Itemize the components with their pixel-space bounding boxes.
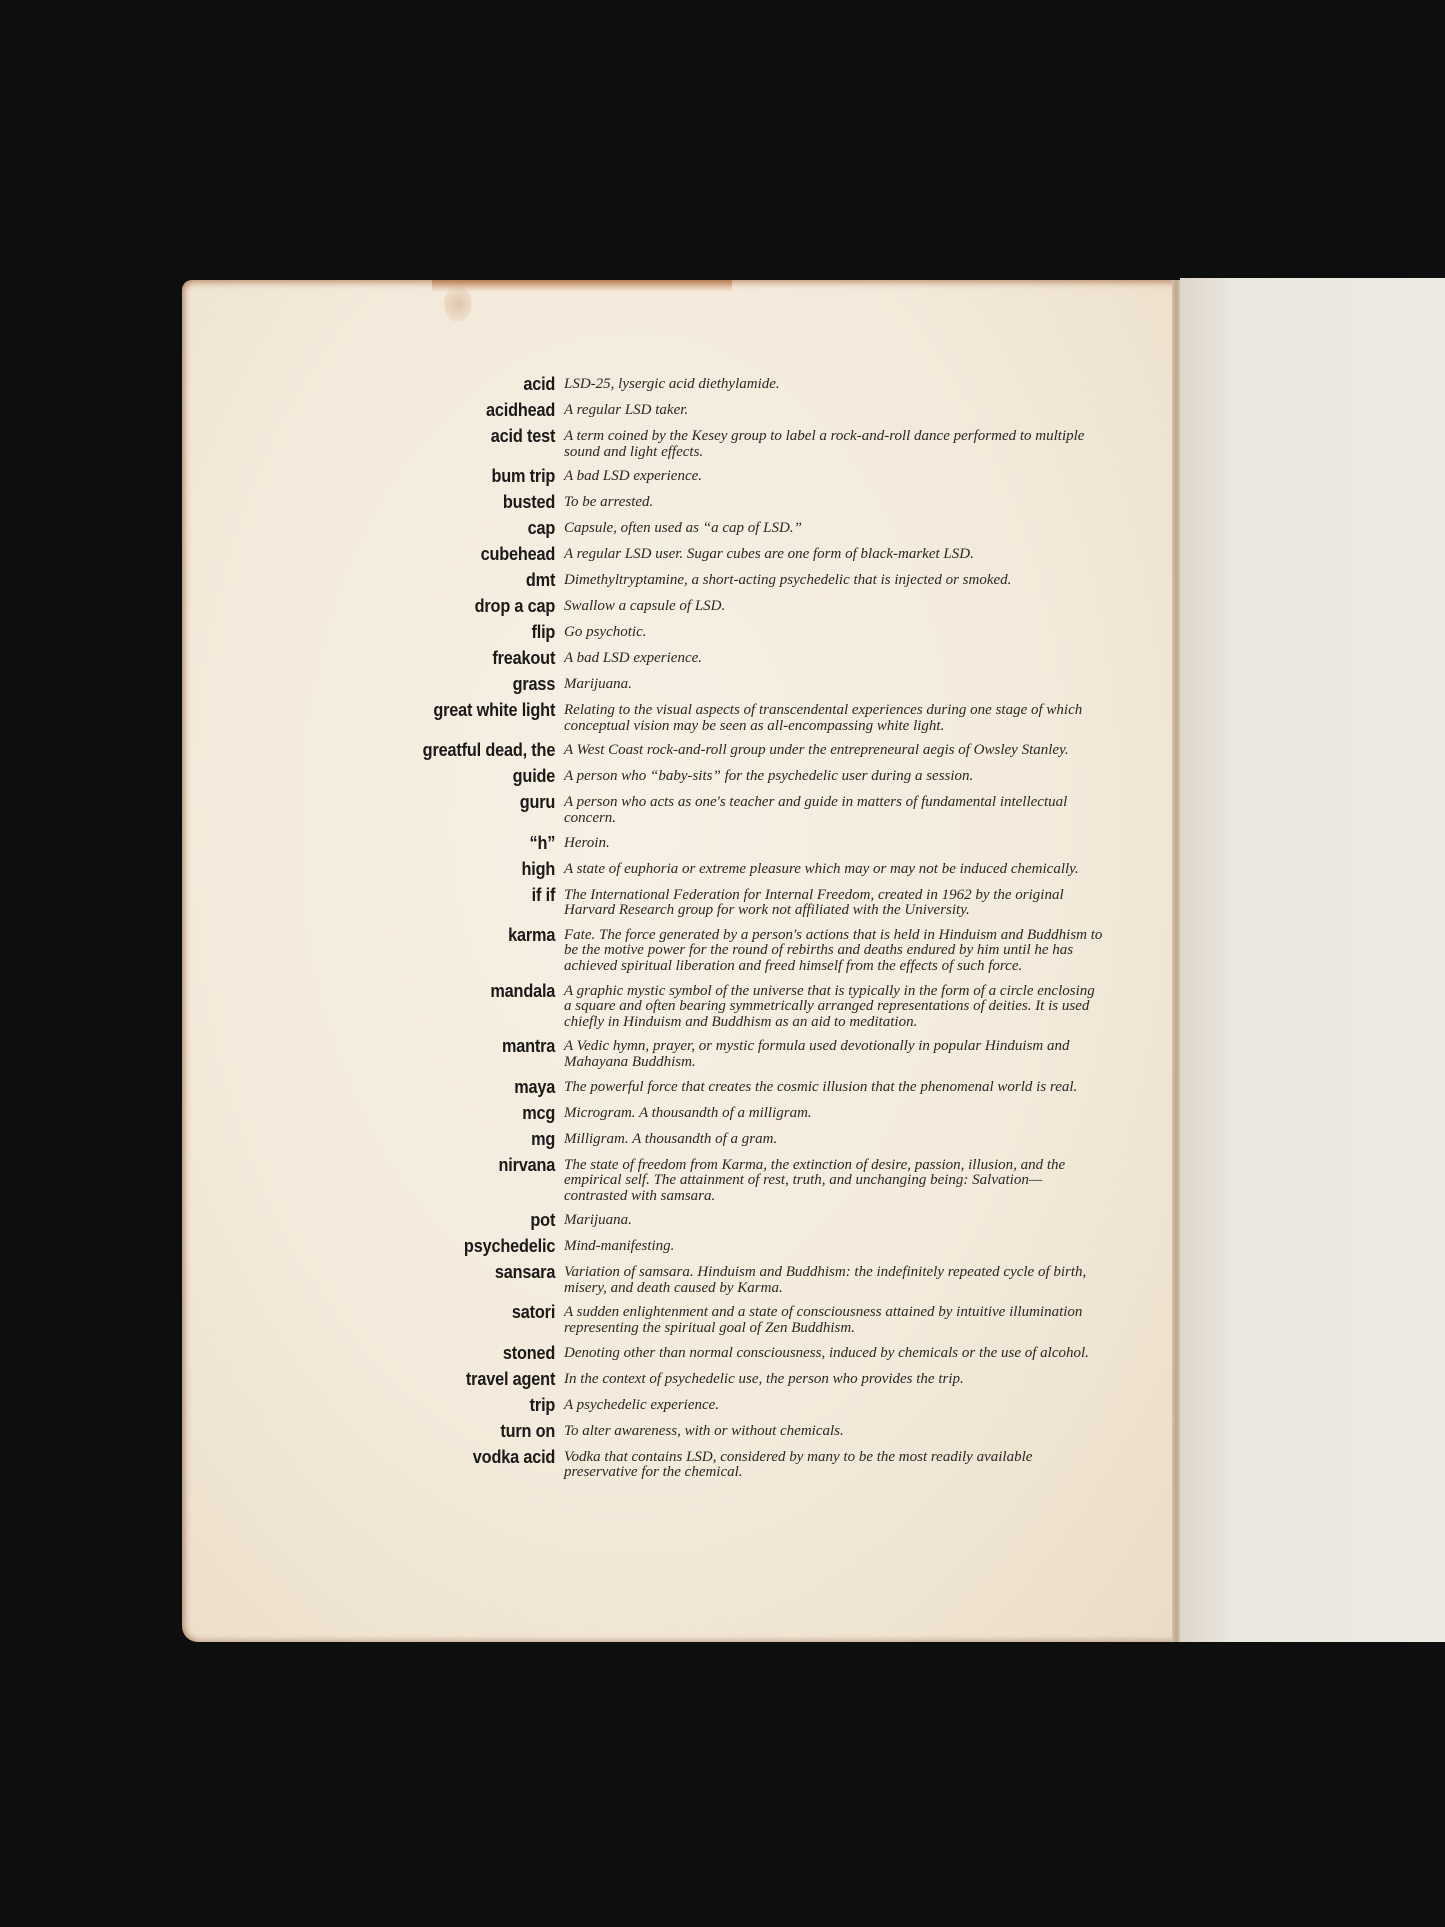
glossary-term: mantra: [228, 1036, 564, 1056]
glossary-definition: The state of freedom from Karma, the ext…: [564, 1155, 1104, 1205]
glossary-definition: A psychedelic experience.: [564, 1395, 1104, 1414]
glossary-entry: potMarijuana.: [182, 1210, 1178, 1230]
glossary-term: bum trip: [228, 466, 564, 486]
glossary-entry: vodka acidVodka that contains LSD, consi…: [182, 1447, 1178, 1481]
glossary-entry: grassMarijuana.: [182, 674, 1178, 694]
glossary-entry: acid testA term coined by the Kesey grou…: [182, 426, 1178, 460]
glossary-entry: mgMilligram. A thousandth of a gram.: [182, 1129, 1178, 1149]
glossary-term: turn on: [228, 1421, 564, 1441]
glossary-definition: Vodka that contains LSD, considered by m…: [564, 1447, 1104, 1481]
glossary-term: if if: [228, 885, 564, 905]
glossary-definition: Go psychotic.: [564, 622, 1104, 641]
glossary-entry: karmaFate. The force generated by a pers…: [182, 925, 1178, 975]
glossary-entry: sansaraVariation of samsara. Hinduism an…: [182, 1262, 1178, 1296]
glossary-entry: freakoutA bad LSD experience.: [182, 648, 1178, 668]
glossary-entry: acidheadA regular LSD taker.: [182, 400, 1178, 420]
glossary-definition: Variation of samsara. Hinduism and Buddh…: [564, 1262, 1104, 1296]
glossary-term: high: [228, 859, 564, 879]
glossary-entry: travel agentIn the context of psychedeli…: [182, 1369, 1178, 1389]
glossary-entry: dmtDimethyltryptamine, a short-acting ps…: [182, 570, 1178, 590]
glossary-entry: mandalaA graphic mystic symbol of the un…: [182, 981, 1178, 1031]
glossary-definition: Mind-manifesting.: [564, 1236, 1104, 1255]
glossary-definition: Relating to the visual aspects of transc…: [564, 700, 1104, 734]
glossary-entry: tripA psychedelic experience.: [182, 1395, 1178, 1415]
glossary-definition: A person who acts as one's teacher and g…: [564, 792, 1104, 826]
glossary-definition: A bad LSD experience.: [564, 648, 1104, 667]
glossary-entry: bustedTo be arrested.: [182, 492, 1178, 512]
glossary-definition: To alter awareness, with or without chem…: [564, 1421, 1104, 1440]
glossary-term: mg: [228, 1129, 564, 1149]
glossary-entry: greatful dead, theA West Coast rock-and-…: [182, 740, 1178, 760]
glossary-entry: mantraA Vedic hymn, prayer, or mystic fo…: [182, 1036, 1178, 1070]
glossary-entry: cubeheadA regular LSD user. Sugar cubes …: [182, 544, 1178, 564]
glossary-term: “h”: [228, 833, 564, 853]
glossary-entry: mayaThe powerful force that creates the …: [182, 1077, 1178, 1097]
glossary-term: dmt: [228, 570, 564, 590]
glossary-definition: Marijuana.: [564, 1210, 1104, 1229]
glossary-term: guru: [228, 792, 564, 812]
glossary-entry: nirvanaThe state of freedom from Karma, …: [182, 1155, 1178, 1205]
glossary-term: pot: [228, 1210, 564, 1230]
glossary-definition: A Vedic hymn, prayer, or mystic formula …: [564, 1036, 1104, 1070]
glossary-definition: A graphic mystic symbol of the universe …: [564, 981, 1104, 1031]
glossary-entry: acidLSD-25, lysergic acid diethylamide.: [182, 374, 1178, 394]
glossary-entry: turn onTo alter awareness, with or witho…: [182, 1421, 1178, 1441]
glossary-definition: A sudden enlightenment and a state of co…: [564, 1302, 1104, 1336]
glossary-definition: Heroin.: [564, 833, 1104, 852]
glossary-entry: great white lightRelating to the visual …: [182, 700, 1178, 734]
glossary-definition: Milligram. A thousandth of a gram.: [564, 1129, 1104, 1148]
glossary-entry: guruA person who acts as one's teacher a…: [182, 792, 1178, 826]
glossary-definition: To be arrested.: [564, 492, 1104, 511]
glossary-term: mandala: [228, 981, 564, 1001]
glossary-definition: The International Federation for Interna…: [564, 885, 1104, 919]
page-stain-spot: [444, 286, 472, 322]
glossary-term: greatful dead, the: [228, 740, 564, 760]
glossary-definition: Microgram. A thousandth of a milligram.: [564, 1103, 1104, 1122]
book-page-right: [1180, 278, 1445, 1642]
glossary-definition: Fate. The force generated by a person's …: [564, 925, 1104, 975]
glossary-term: psychedelic: [228, 1236, 564, 1256]
glossary-term: cubehead: [228, 544, 564, 564]
glossary-definition: A regular LSD user. Sugar cubes are one …: [564, 544, 1104, 563]
page-stain: [432, 280, 732, 292]
glossary-term: vodka acid: [228, 1447, 564, 1467]
glossary-entry: capCapsule, often used as “a cap of LSD.…: [182, 518, 1178, 538]
glossary-entry: guideA person who “baby-sits” for the ps…: [182, 766, 1178, 786]
glossary-entry: flipGo psychotic.: [182, 622, 1178, 642]
glossary-term: nirvana: [228, 1155, 564, 1175]
glossary-entry: “h”Heroin.: [182, 833, 1178, 853]
glossary-term: sansara: [228, 1262, 564, 1282]
glossary-term: grass: [228, 674, 564, 694]
glossary-definition: A term coined by the Kesey group to labe…: [564, 426, 1104, 460]
glossary-definition: A person who “baby-sits” for the psyched…: [564, 766, 1104, 785]
glossary-definition: Dimethyltryptamine, a short-acting psych…: [564, 570, 1104, 589]
glossary-list: acidLSD-25, lysergic acid diethylamide.a…: [182, 374, 1178, 1487]
glossary-definition: A regular LSD taker.: [564, 400, 1104, 419]
glossary-definition: A state of euphoria or extreme pleasure …: [564, 859, 1104, 878]
glossary-definition: Swallow a capsule of LSD.: [564, 596, 1104, 615]
glossary-definition: A West Coast rock-and-roll group under t…: [564, 740, 1104, 759]
glossary-entry: drop a capSwallow a capsule of LSD.: [182, 596, 1178, 616]
glossary-entry: if ifThe International Federation for In…: [182, 885, 1178, 919]
glossary-definition: LSD-25, lysergic acid diethylamide.: [564, 374, 1104, 393]
glossary-term: drop a cap: [228, 596, 564, 616]
glossary-term: flip: [228, 622, 564, 642]
glossary-entry: mcgMicrogram. A thousandth of a milligra…: [182, 1103, 1178, 1123]
glossary-term: maya: [228, 1077, 564, 1097]
glossary-term: acid test: [228, 426, 564, 446]
glossary-term: trip: [228, 1395, 564, 1415]
glossary-entry: satoriA sudden enlightenment and a state…: [182, 1302, 1178, 1336]
glossary-definition: Capsule, often used as “a cap of LSD.”: [564, 518, 1104, 537]
glossary-entry: stonedDenoting other than normal conscio…: [182, 1343, 1178, 1363]
glossary-definition: In the context of psychedelic use, the p…: [564, 1369, 1104, 1388]
glossary-definition: The powerful force that creates the cosm…: [564, 1077, 1104, 1096]
glossary-entry: bum tripA bad LSD experience.: [182, 466, 1178, 486]
glossary-term: karma: [228, 925, 564, 945]
glossary-term: great white light: [228, 700, 564, 720]
glossary-definition: Marijuana.: [564, 674, 1104, 693]
glossary-definition: Denoting other than normal consciousness…: [564, 1343, 1104, 1362]
glossary-term: satori: [228, 1302, 564, 1322]
glossary-term: freakout: [228, 648, 564, 668]
glossary-term: stoned: [228, 1343, 564, 1363]
glossary-term: cap: [228, 518, 564, 538]
glossary-term: acid: [228, 374, 564, 394]
glossary-term: travel agent: [228, 1369, 564, 1389]
glossary-term: busted: [228, 492, 564, 512]
glossary-entry: psychedelicMind-manifesting.: [182, 1236, 1178, 1256]
glossary-term: mcg: [228, 1103, 564, 1123]
glossary-definition: A bad LSD experience.: [564, 466, 1104, 485]
glossary-term: guide: [228, 766, 564, 786]
glossary-entry: highA state of euphoria or extreme pleas…: [182, 859, 1178, 879]
glossary-term: acidhead: [228, 400, 564, 420]
